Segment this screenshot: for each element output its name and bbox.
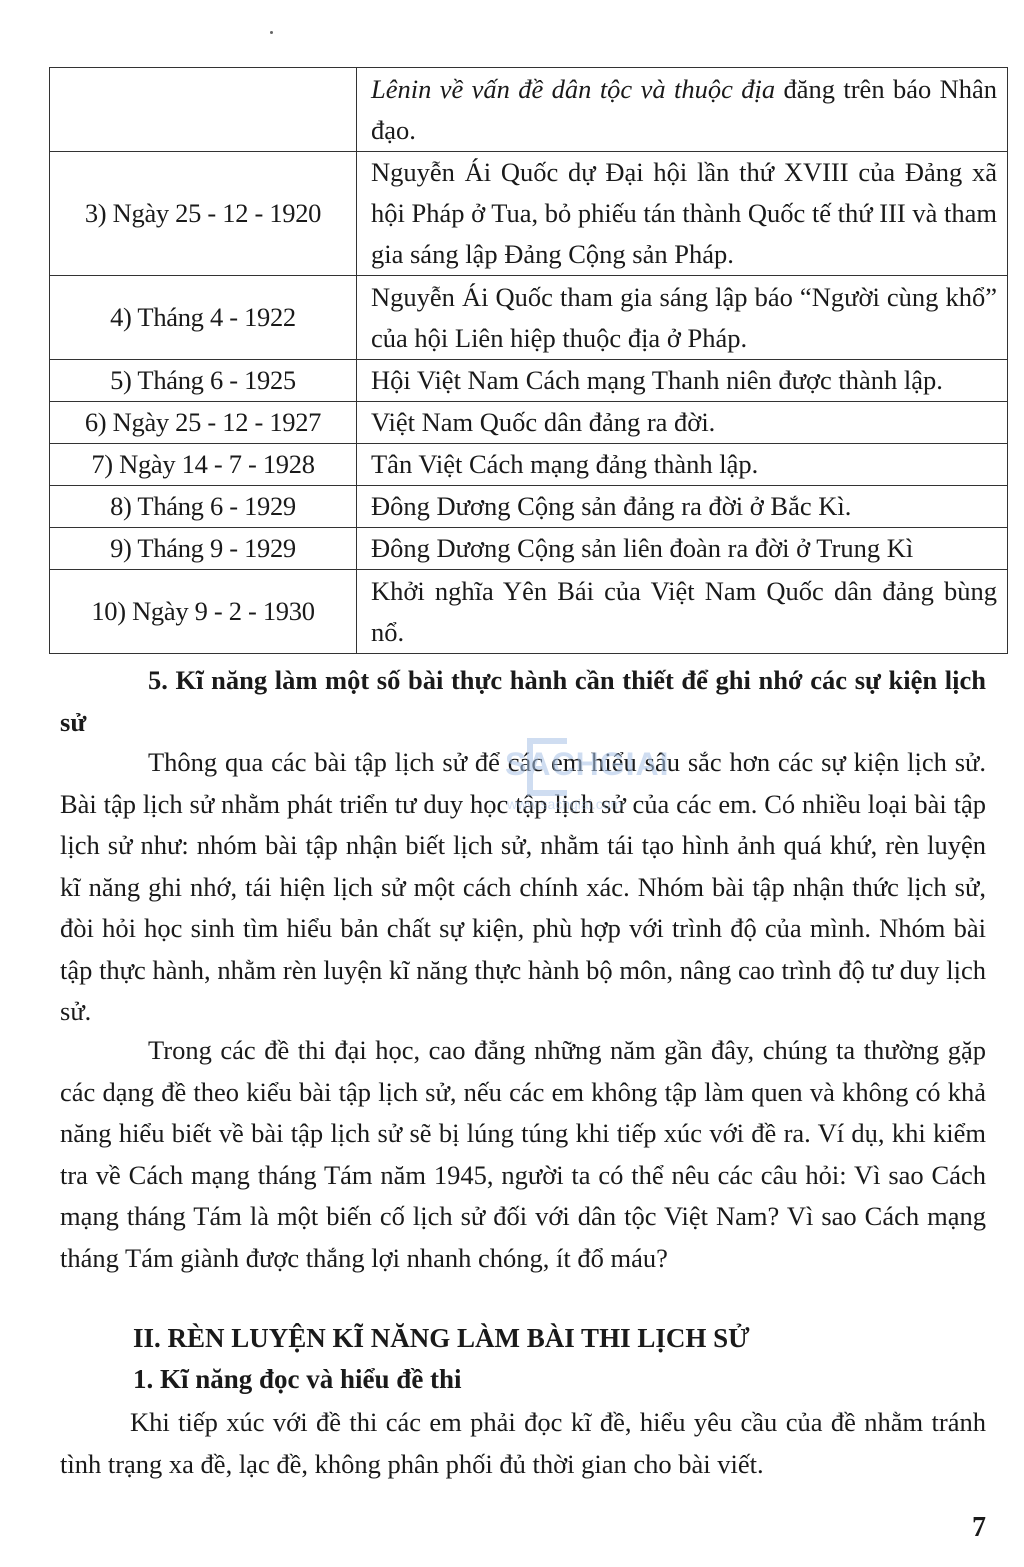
table-row: 6) Ngày 25 - 12 - 1927 Việt Nam Quốc dân… [50,402,1008,444]
section-ii-subheading: 1. Kĩ năng đọc và hiểu đề thi [133,1359,1024,1401]
event-cell: Việt Nam Quốc dân đảng ra đời. [357,402,1008,444]
event-italic: Lênin về vấn đề dân tộc và thuộc địa [371,74,775,104]
table-row: 8) Tháng 6 - 1929 Đông Dương Cộng sản đả… [50,486,1008,528]
section-5-paragraph-2: Trong các đề thi đại học, cao đẳng những… [60,1030,986,1279]
table-row: 10) Ngày 9 - 2 - 1930 Khởi nghĩa Yên Bái… [50,570,1008,654]
scan-speck [270,31,273,34]
event-cell: Nguyễn Ái Quốc tham gia sáng lập báo “Ng… [357,276,1008,360]
date-cell [50,68,357,152]
section-5-heading: 5. Kĩ năng làm một số bài thực hành cần … [60,660,986,743]
event-cell: Đông Dương Cộng sản đảng ra đời ở Bắc Kì… [357,486,1008,528]
timeline-table: Lênin về vấn đề dân tộc và thuộc địa đăn… [49,67,1008,654]
table-row: Lênin về vấn đề dân tộc và thuộc địa đăn… [50,68,1008,152]
event-cell: Tân Việt Cách mạng đảng thành lập. [357,444,1008,486]
event-cell: Nguyễn Ái Quốc dự Đại hội lần thứ XVIII … [357,152,1008,276]
table-row: 5) Tháng 6 - 1925 Hội Việt Nam Cách mạng… [50,360,1008,402]
event-cell: Đông Dương Cộng sản liên đoàn ra đời ở T… [357,528,1008,570]
date-cell: 8) Tháng 6 - 1929 [50,486,357,528]
page-number: 7 [972,1512,986,1544]
table-row: 3) Ngày 25 - 12 - 1920 Nguyễn Ái Quốc dự… [50,152,1008,276]
date-cell: 3) Ngày 25 - 12 - 1920 [50,152,357,276]
table-row: 7) Ngày 14 - 7 - 1928 Tân Việt Cách mạng… [50,444,1008,486]
table-row: 9) Tháng 9 - 1929 Đông Dương Cộng sản li… [50,528,1008,570]
section-5-paragraph-1: Thông qua các bài tập lịch sử để các em … [60,742,986,1033]
date-cell: 7) Ngày 14 - 7 - 1928 [50,444,357,486]
date-cell: 9) Tháng 9 - 1929 [50,528,357,570]
date-cell: 5) Tháng 6 - 1925 [50,360,357,402]
event-cell: Khởi nghĩa Yên Bái của Việt Nam Quốc dân… [357,570,1008,654]
date-cell: 4) Tháng 4 - 1922 [50,276,357,360]
section-ii-heading: II. RÈN LUYỆN KĨ NĂNG LÀM BÀI THI LỊCH S… [133,1318,1024,1360]
section-ii-paragraph: Khi tiếp xúc với đề thi các em phải đọc … [60,1402,986,1485]
date-cell: 10) Ngày 9 - 2 - 1930 [50,570,357,654]
event-cell: Lênin về vấn đề dân tộc và thuộc địa đăn… [357,68,1008,152]
table-row: 4) Tháng 4 - 1922 Nguyễn Ái Quốc tham gi… [50,276,1008,360]
event-cell: Hội Việt Nam Cách mạng Thanh niên được t… [357,360,1008,402]
date-cell: 6) Ngày 25 - 12 - 1927 [50,402,357,444]
